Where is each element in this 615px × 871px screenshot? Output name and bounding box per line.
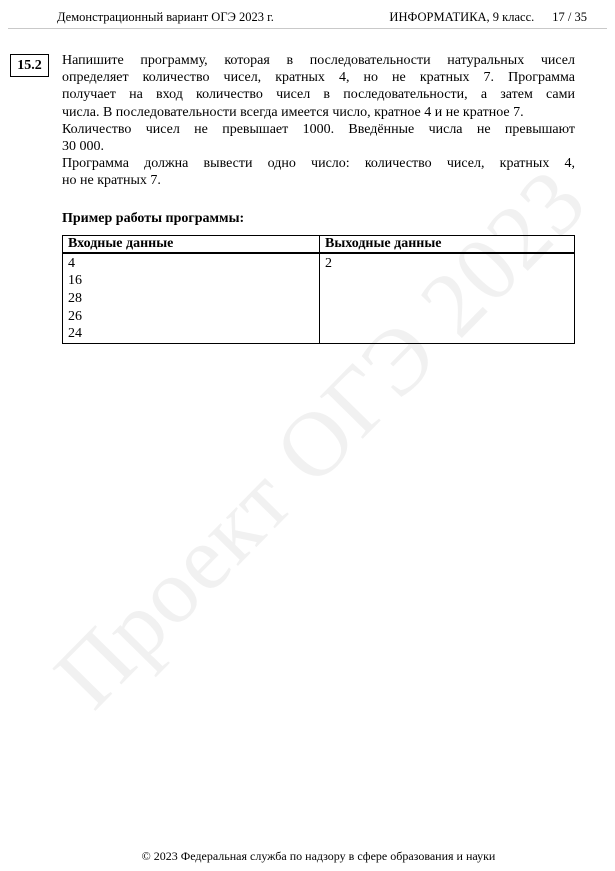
input-value: 26: [68, 308, 314, 326]
example-heading: Пример работы программы:: [62, 210, 575, 227]
task-text-line: определяет количество чисел, кратных 4, …: [62, 69, 575, 86]
column-header-input: Входные данные: [63, 235, 320, 253]
header-document-title: Демонстрационный вариант ОГЭ 2023 г.: [57, 10, 274, 25]
task-text-line: 30 000.: [62, 138, 575, 155]
header-page-number: 17 / 35: [552, 10, 587, 25]
task-number: 15.2: [17, 58, 42, 74]
footer-copyright: © 2023 Федеральная служба по надзору в с…: [62, 849, 575, 864]
example-table: Входные данные Выходные данные 4 16 28 2…: [62, 235, 575, 344]
input-value: 28: [68, 290, 314, 308]
input-value: 4: [68, 255, 314, 273]
input-value: 16: [68, 272, 314, 290]
task-text-line: Напишите программу, которая в последоват…: [62, 52, 575, 69]
table-data-row: 4 16 28 26 24 2: [63, 253, 575, 344]
task-text-line: но не кратных 7.: [62, 172, 575, 189]
output-value: 2: [325, 255, 569, 273]
input-value: 24: [68, 325, 314, 343]
task-text-line: числа. В последовательности всегда имеет…: [62, 104, 575, 121]
table-header-row: Входные данные Выходные данные: [63, 235, 575, 253]
column-header-output: Выходные данные: [320, 235, 575, 253]
task-text-line: Количество чисел не превышает 1000. Введ…: [62, 121, 575, 138]
task-number-box: 15.2: [10, 54, 49, 77]
header-divider: [8, 28, 607, 29]
document-page: Проект ОГЭ 2023 Демонстрационный вариант…: [0, 0, 615, 871]
header-right-group: ИНФОРМАТИКА, 9 класс. 17 / 35: [389, 10, 587, 25]
header-subject: ИНФОРМАТИКА, 9 класс.: [389, 10, 534, 25]
task-body: Напишите программу, которая в последоват…: [62, 52, 575, 344]
output-data-cell: 2: [320, 253, 575, 344]
task-text-line: получает на вход количество чисел в посл…: [62, 86, 575, 103]
input-data-cell: 4 16 28 26 24: [63, 253, 320, 344]
task-text-line: Программа должна вывести одно число: кол…: [62, 155, 575, 172]
